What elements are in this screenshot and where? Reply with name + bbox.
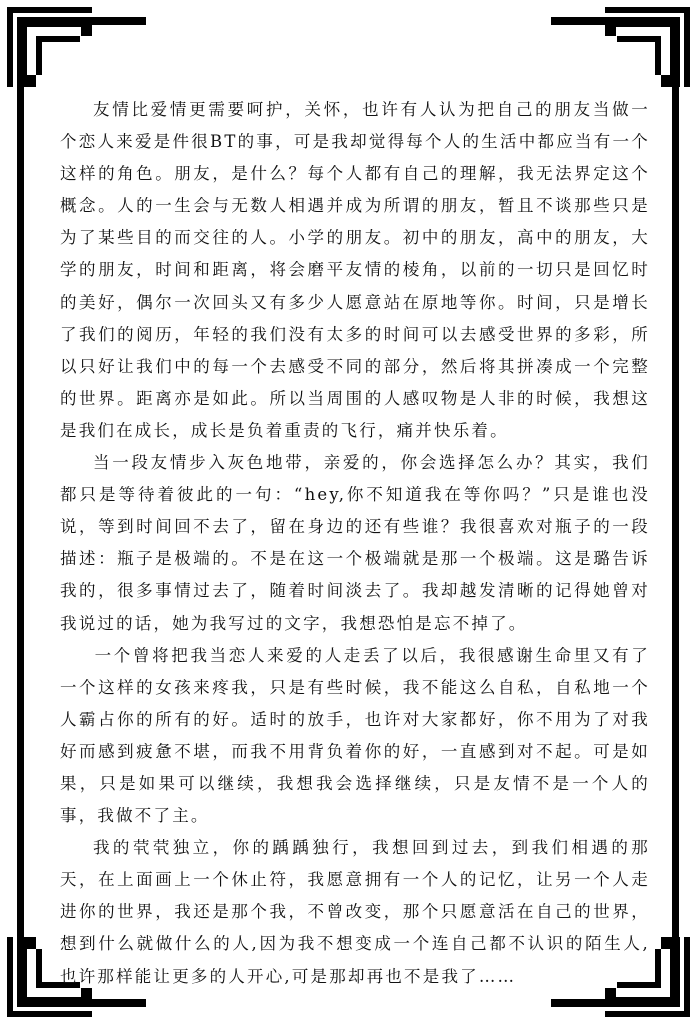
border-bar-right — [672, 150, 679, 874]
document-page: 友情比爱情更需要呵护，关怀，也许有人认为把自己的朋友当做一个恋人来爱是件很BT的… — [0, 0, 697, 1024]
paragraph-4: 我的茕茕独立，你的踽踽独行，我想回到过去，到我们相遇的那天，在上面画上一个休止符… — [60, 832, 650, 992]
paragraph-2: 当一段友情步入灰色地带，亲爱的，你会选择怎么办？其实，我们都只是等待着彼此的一句… — [60, 447, 650, 640]
essay-body: 友情比爱情更需要呵护，关怀，也许有人认为把自己的朋友当做一个恋人来爱是件很BT的… — [60, 94, 650, 993]
paragraph-1: 友情比爱情更需要呵护，关怀，也许有人认为把自己的朋友当做一个恋人来爱是件很BT的… — [60, 94, 650, 447]
paragraph-3: 一个曾将把我当恋人来爱的人走丢了以后，我很感谢生命里又有了一个这样的女孩来疼我，… — [60, 640, 650, 833]
border-bar-left — [17, 150, 24, 874]
